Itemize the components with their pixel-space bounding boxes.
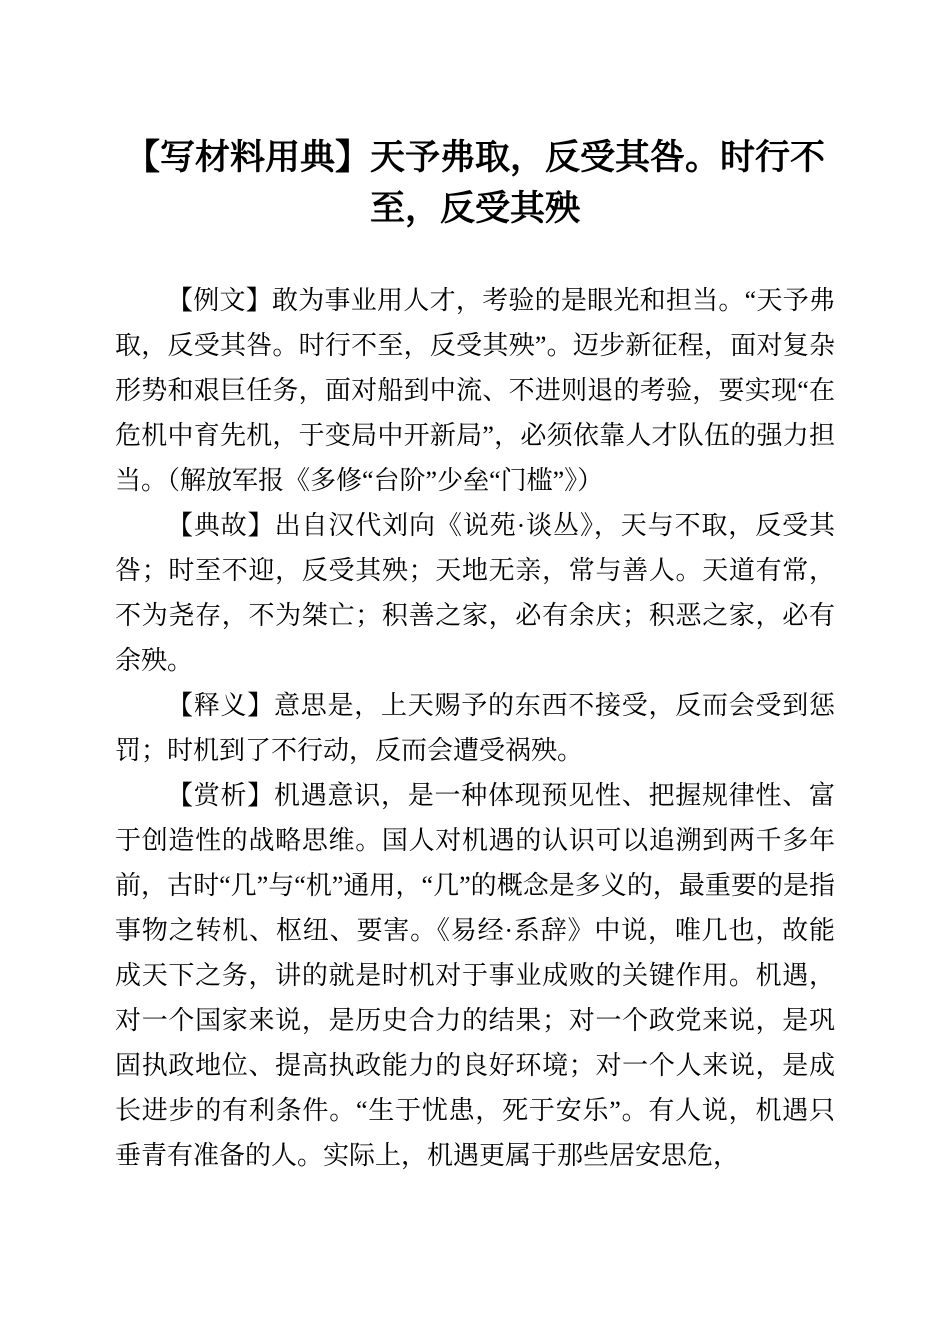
paragraph-meaning: 【释义】意思是，上天赐予的东西不接受，反而会受到惩罚；时机到了不行动，反而会遭受…: [115, 683, 835, 773]
document-title: 【写材料用典】天予弗取，反受其咎。时行不至，反受其殃: [115, 132, 835, 234]
paragraph-allusion: 【典故】出自汉代刘向《说苑·谈丛》，天与不取，反受其咎；时至不迎，反受其殃；天地…: [115, 503, 835, 683]
paragraph-appreciation-text: 机遇意识，是一种体现预见性、把握规律性、富于创造性的战略思维。国人对机遇的认识可…: [115, 781, 835, 1170]
paragraph-allusion-label: 【典故】: [167, 511, 275, 540]
document-body: 【例文】敢为事业用人才，考验的是眼光和担当。“天予弗取，反受其咎。时行不至，反受…: [115, 278, 835, 1178]
paragraph-example-text: 敢为事业用人才，考验的是眼光和担当。“天予弗取，反受其咎。时行不至，反受其殃”。…: [115, 286, 835, 495]
paragraph-appreciation: 【赏析】机遇意识，是一种体现预见性、把握规律性、富于创造性的战略思维。国人对机遇…: [115, 773, 835, 1178]
document-page: 【写材料用典】天予弗取，反受其咎。时行不至，反受其殃 【例文】敢为事业用人才，考…: [0, 0, 950, 1344]
paragraph-example: 【例文】敢为事业用人才，考验的是眼光和担当。“天予弗取，反受其咎。时行不至，反受…: [115, 278, 835, 503]
paragraph-appreciation-label: 【赏析】: [167, 781, 274, 810]
paragraph-meaning-label: 【释义】: [167, 691, 274, 720]
paragraph-example-label: 【例文】: [167, 286, 272, 315]
